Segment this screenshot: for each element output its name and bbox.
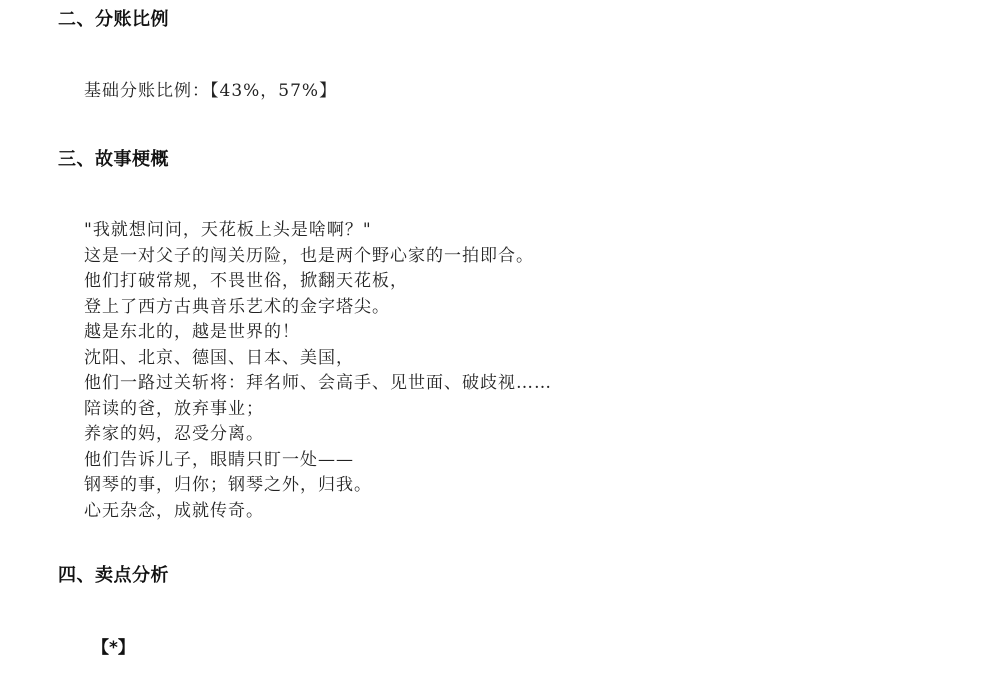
synopsis-line: 养家的妈，忍受分离。	[84, 422, 552, 448]
synopsis-line: 心无杂念，成就传奇。	[84, 499, 552, 525]
selling-points-placeholder: 【*】	[92, 636, 135, 660]
synopsis-text: "我就想问问，天花板上头是啥啊？" 这是一对父子的闯关历险，也是两个野心家的一拍…	[84, 218, 552, 524]
synopsis-line: 登上了西方古典音乐艺术的金字塔尖。	[84, 295, 552, 321]
section-heading-revenue-split: 二、分账比例	[58, 9, 169, 31]
synopsis-line: "我就想问问，天花板上头是啥啊？"	[84, 218, 552, 244]
section-heading-selling-points: 四、卖点分析	[58, 565, 169, 587]
synopsis-line: 越是东北的，越是世界的！	[84, 320, 552, 346]
synopsis-line: 他们一路过关斩将：拜名师、会高手、见世面、破歧视……	[84, 371, 552, 397]
synopsis-line: 沈阳、北京、德国、日本、美国，	[84, 346, 552, 372]
synopsis-line: 钢琴的事，归你；钢琴之外，归我。	[84, 473, 552, 499]
synopsis-line: 他们告诉儿子，眼睛只盯一处——	[84, 448, 552, 474]
section-heading-synopsis: 三、故事梗概	[58, 149, 169, 171]
synopsis-line: 他们打破常规，不畏世俗，掀翻天花板，	[84, 269, 552, 295]
revenue-split-ratio: 基础分账比例：【43%，57%】	[84, 79, 337, 105]
synopsis-line: 这是一对父子的闯关历险，也是两个野心家的一拍即合。	[84, 244, 552, 270]
synopsis-line: 陪读的爸，放弃事业；	[84, 397, 552, 423]
